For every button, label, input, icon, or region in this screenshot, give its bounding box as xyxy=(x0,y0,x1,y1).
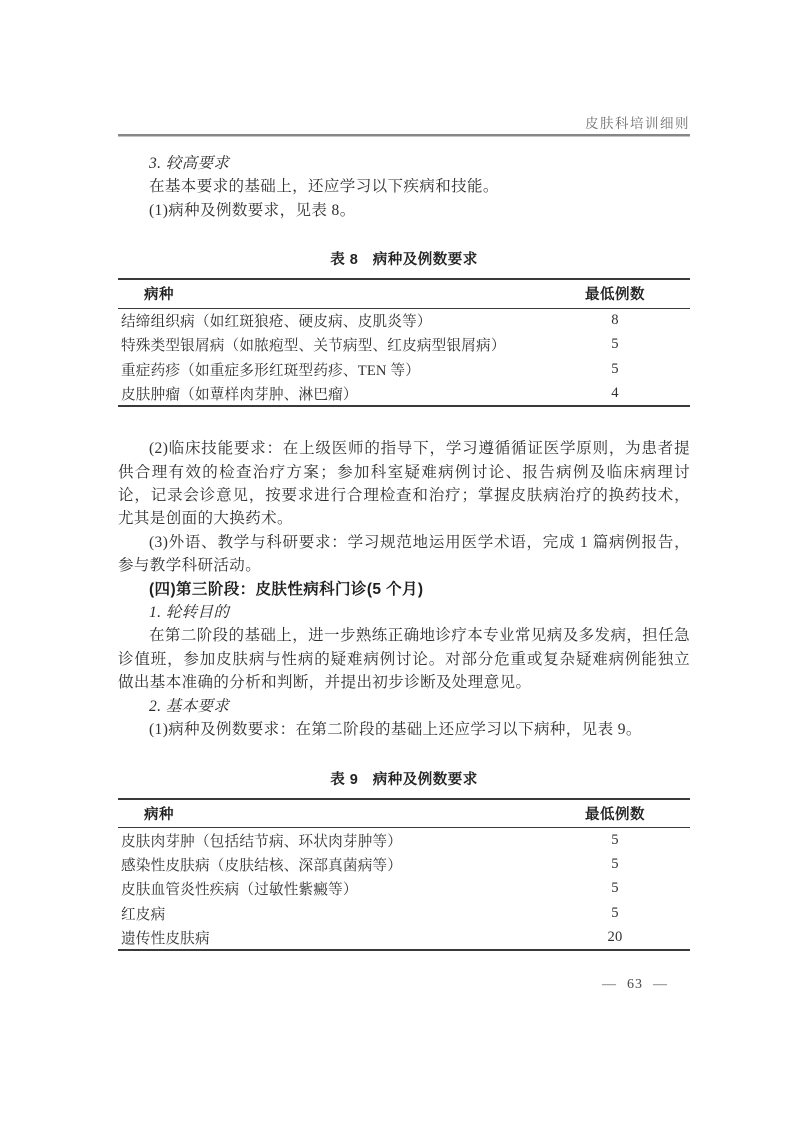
table-row: 皮肤血管炎性疾病（过敏性紫癜等）5 xyxy=(118,877,690,902)
table-row: 遗传性皮肤病20 xyxy=(118,926,690,951)
table-row: 重症药疹（如重症多形红斑型药疹、TEN 等）5 xyxy=(118,357,690,382)
table9-caption-title: 病种及例数要求 xyxy=(373,772,478,788)
table9-header-row: 病种 最低例数 xyxy=(118,799,690,828)
table9: 病种 最低例数 皮肤肉芽肿（包括结节病、环状肉芽肿等）5感染性皮肤病（皮肤结核、… xyxy=(118,798,690,952)
table-row: 结缔组织病（如红斑狼疮、硬皮病、皮肌炎等）8 xyxy=(118,308,690,333)
table9-block: 表 9病种及例数要求 病种 最低例数 皮肤肉芽肿（包括结节病、环状肉芽肿等）5感… xyxy=(118,768,690,952)
min-cases-cell: 5 xyxy=(540,901,690,926)
paragraph-rotation-purpose: 在第二阶段的基础上，进一步熟练正确地诊疗本专业常见病及多发病，担任急诊值班，参加… xyxy=(118,624,690,694)
paragraph-table8-reference: (1)病种及例数要求，见表 8。 xyxy=(118,199,690,222)
footer-left-dash: — xyxy=(602,977,617,992)
table8-column-min-cases: 最低例数 xyxy=(540,279,690,308)
disease-cell: 皮肤肿瘤（如蕈样肉芽肿、淋巴瘤） xyxy=(118,382,540,407)
min-cases-cell: 8 xyxy=(540,308,690,333)
heading-rotation-purpose: 1. 轮转目的 xyxy=(118,601,690,624)
table9-caption-label: 表 9 xyxy=(330,772,358,788)
disease-cell: 红皮病 xyxy=(118,901,540,926)
table-row: 皮肤肿瘤（如蕈样肉芽肿、淋巴瘤）4 xyxy=(118,382,690,407)
min-cases-cell: 5 xyxy=(540,828,690,853)
min-cases-cell: 4 xyxy=(540,382,690,407)
paragraph-table9-reference: (1)病种及例数要求：在第二阶段的基础上还应学习以下病种，见表 9。 xyxy=(118,718,690,741)
document-page: 皮肤科培训细则 3. 较高要求 在基本要求的基础上，还应学习以下疾病和技能。 (… xyxy=(0,0,800,1131)
table9-body: 皮肤肉芽肿（包括结节病、环状肉芽肿等）5感染性皮肤病（皮肤结核、深部真菌病等）5… xyxy=(118,828,690,951)
paragraph-advanced-intro: 在基本要求的基础上，还应学习以下疾病和技能。 xyxy=(118,175,690,198)
disease-cell: 遗传性皮肤病 xyxy=(118,926,540,951)
heading-stage3: (四)第三阶段：皮肤性病科门诊(5 个月) xyxy=(118,578,690,601)
paragraph-clinical-skills: (2)临床技能要求：在上级医师的指导下，学习遵循循证医学原则，为患者提供合理有效… xyxy=(118,437,690,531)
min-cases-cell: 5 xyxy=(540,852,690,877)
min-cases-cell: 5 xyxy=(540,357,690,382)
running-head: 皮肤科培训细则 xyxy=(585,112,690,132)
min-cases-cell: 20 xyxy=(540,926,690,951)
table8-caption-label: 表 8 xyxy=(330,252,358,268)
table-row: 特殊类型银屑病（如脓疱型、关节病型、红皮病型银屑病）5 xyxy=(118,333,690,358)
footer-right-dash: — xyxy=(653,977,668,992)
footer-page-number: 63 xyxy=(627,977,643,992)
table8-block: 表 8病种及例数要求 病种 最低例数 结缔组织病（如红斑狼疮、硬皮病、皮肌炎等）… xyxy=(118,248,690,407)
page-number: —63— xyxy=(592,977,678,993)
table9-column-min-cases: 最低例数 xyxy=(540,799,690,828)
table8-column-disease: 病种 xyxy=(118,279,540,308)
page-content: 3. 较高要求 在基本要求的基础上，还应学习以下疾病和技能。 (1)病种及例数要… xyxy=(118,152,690,951)
disease-cell: 重症药疹（如重症多形红斑型药疹、TEN 等） xyxy=(118,357,540,382)
table8-body: 结缔组织病（如红斑狼疮、硬皮病、皮肌炎等）8特殊类型银屑病（如脓疱型、关节病型、… xyxy=(118,308,690,406)
table-row: 红皮病5 xyxy=(118,901,690,926)
min-cases-cell: 5 xyxy=(540,877,690,902)
table8-header-row: 病种 最低例数 xyxy=(118,279,690,308)
table9-column-disease: 病种 xyxy=(118,799,540,828)
table-row: 感染性皮肤病（皮肤结核、深部真菌病等）5 xyxy=(118,852,690,877)
paragraph-foreign-teaching: (3)外语、教学与科研要求：学习规范地运用医学术语，完成 1 篇病例报告，参与教… xyxy=(118,531,690,578)
disease-cell: 结缔组织病（如红斑狼疮、硬皮病、皮肌炎等） xyxy=(118,308,540,333)
heading-basic-requirements: 2. 基本要求 xyxy=(118,695,690,718)
table8-caption-title: 病种及例数要求 xyxy=(373,252,478,268)
disease-cell: 皮肤肉芽肿（包括结节病、环状肉芽肿等） xyxy=(118,828,540,853)
disease-cell: 皮肤血管炎性疾病（过敏性紫癜等） xyxy=(118,877,540,902)
heading-advanced-requirements: 3. 较高要求 xyxy=(118,152,690,175)
table8-caption: 表 8病种及例数要求 xyxy=(118,248,690,269)
table8: 病种 最低例数 结缔组织病（如红斑狼疮、硬皮病、皮肌炎等）8特殊类型银屑病（如脓… xyxy=(118,278,690,407)
disease-cell: 特殊类型银屑病（如脓疱型、关节病型、红皮病型银屑病） xyxy=(118,333,540,358)
header-rule xyxy=(118,134,690,137)
disease-cell: 感染性皮肤病（皮肤结核、深部真菌病等） xyxy=(118,852,540,877)
table9-caption: 表 9病种及例数要求 xyxy=(118,768,690,789)
min-cases-cell: 5 xyxy=(540,333,690,358)
table-row: 皮肤肉芽肿（包括结节病、环状肉芽肿等）5 xyxy=(118,828,690,853)
